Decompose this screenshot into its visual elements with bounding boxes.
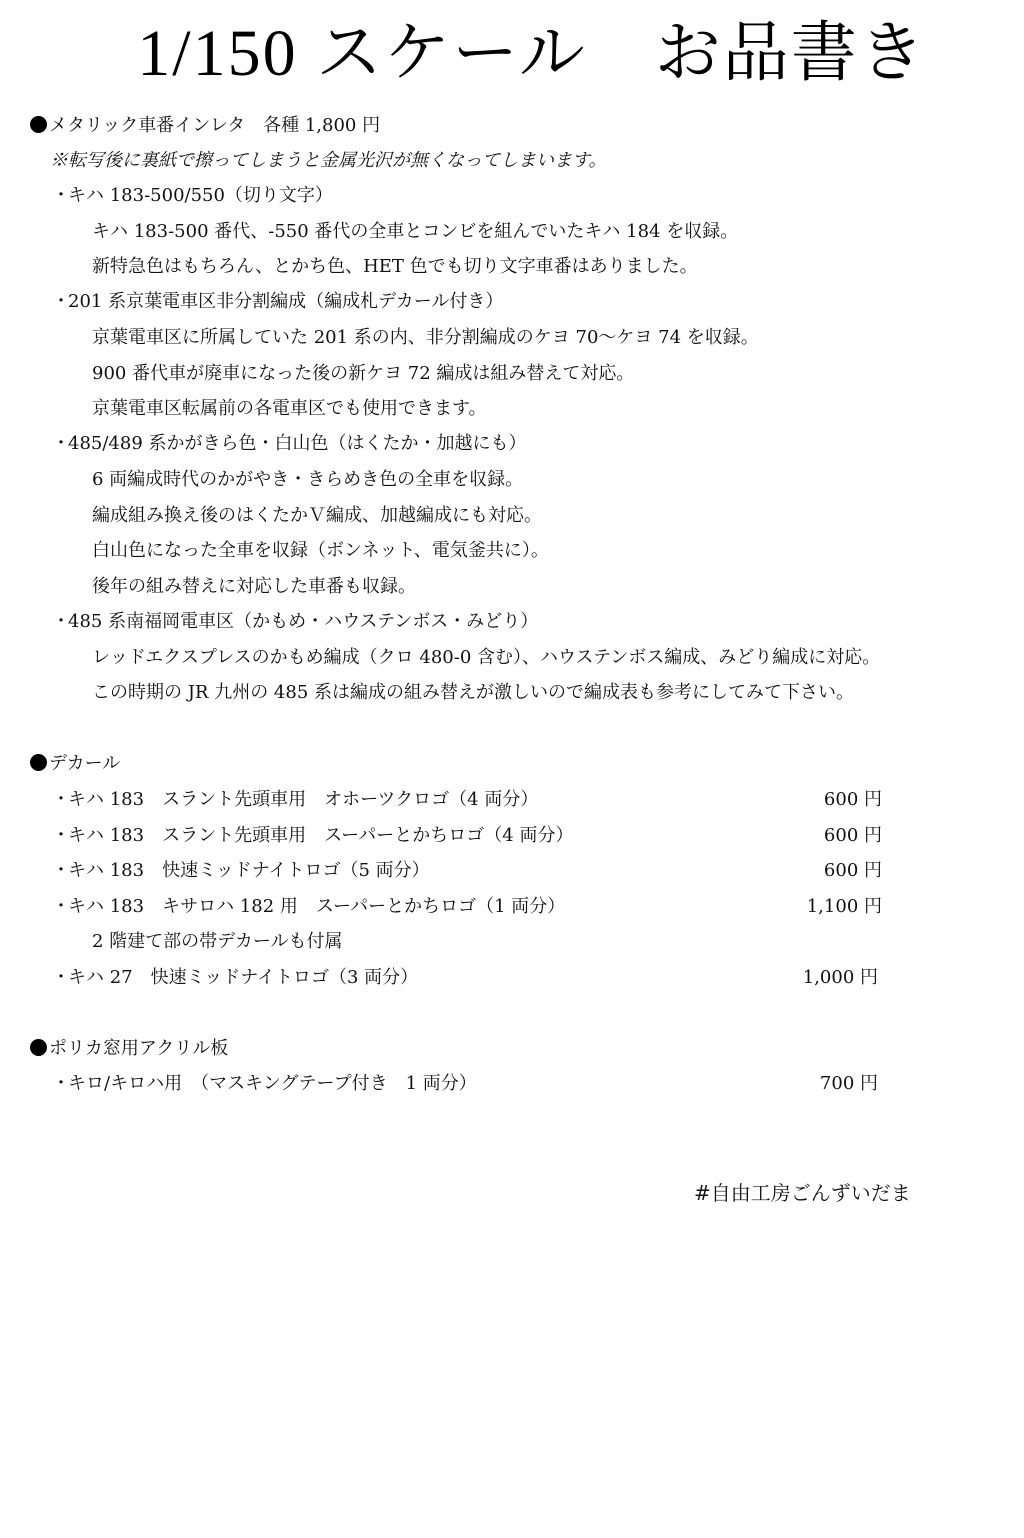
item-description: 京葉電車区に所属していた 201 系の内、非分割編成のケヨ 70〜ケヨ 74 を… — [92, 326, 759, 350]
price-row: ・キハ 183 快速ミッドナイトロゴ（5 両分） — [52, 859, 430, 883]
item-description: 後年の組み替えに対応した車番も収録。 — [92, 575, 416, 599]
section-heading-acrylic: ポリカ窓用アクリル板 — [30, 1037, 228, 1061]
bullet-icon — [30, 116, 47, 133]
item-description: この時期の JR 九州の 485 系は編成の組み替えが激しいので編成表も参考にし… — [92, 681, 854, 705]
price-row: ・キロ/キロハ用 （マスキングテープ付き 1 両分） — [52, 1072, 477, 1096]
item-description: 900 番代車が廃車になった後の新ケヨ 72 編成は組み替えて対応。 — [92, 362, 634, 386]
section-heading-metallic: メタリック車番インレタ 各種 1,800 円 — [30, 114, 380, 138]
price-row: ・キハ 27 快速ミッドナイトロゴ（3 両分） — [52, 966, 418, 990]
item-description: 編成組み換え後のはくたかＶ編成、加越編成にも対応。 — [92, 504, 542, 528]
price-value: 600 円 — [824, 859, 882, 883]
item-description: 京葉電車区転属前の各電車区でも使用できます。 — [92, 397, 487, 421]
price-value: 1,100 円 — [807, 895, 882, 919]
bullet-icon — [30, 754, 47, 771]
section-note: ※転写後に裏紙で擦ってしまうと金属光沢が無くなってしまいます。 — [50, 149, 607, 173]
price-value: 600 円 — [824, 824, 882, 848]
price-row: ・キハ 183 スラント先頭車用 オホーツクロゴ（4 両分） — [52, 788, 538, 812]
list-item: ・201 系京葉電車区非分割編成（編成札デカール付き） — [52, 290, 503, 314]
price-value: 700 円 — [820, 1072, 878, 1096]
price-value: 1,000 円 — [803, 966, 878, 990]
price-row: ・キハ 183 キサロハ 182 用 スーパーとかちロゴ（1 両分） — [52, 895, 565, 919]
list-item: ・485/489 系かがきら色・白山色（はくたか・加越にも） — [52, 432, 527, 456]
item-description: 2 階建て部の帯デカールも付属 — [92, 930, 342, 954]
item-description: 6 両編成時代のかがやき・きらめき色の全車を収録。 — [92, 468, 523, 492]
item-description: キハ 183-500 番代、-550 番代の全車とコンビを組んでいたキハ 184… — [92, 220, 738, 244]
item-description: レッドエクスプレスのかもめ編成（クロ 480-0 含む）、ハウステンボス編成、み… — [92, 646, 880, 670]
price-value: 600 円 — [824, 788, 882, 812]
page-title: 1/150 スケール お品書き — [0, 14, 1024, 94]
bullet-icon — [30, 1039, 47, 1056]
list-item: ・キハ 183-500/550（切り文字） — [52, 184, 333, 208]
list-item: ・485 系南福岡電車区（かもめ・ハウステンボス・みどり） — [52, 610, 538, 634]
section-heading-decal: デカール — [30, 752, 120, 776]
price-row: ・キハ 183 スラント先頭車用 スーパーとかちロゴ（4 両分） — [52, 824, 573, 848]
item-description: 新特急色はもちろん、とかち色、HET 色でも切り文字車番はありました。 — [92, 255, 698, 279]
signature-hashtag: #自由工房ごんずいだま — [694, 1180, 911, 1206]
item-description: 白山色になった全車を収録（ボンネット、電気釜共に）。 — [92, 539, 549, 563]
